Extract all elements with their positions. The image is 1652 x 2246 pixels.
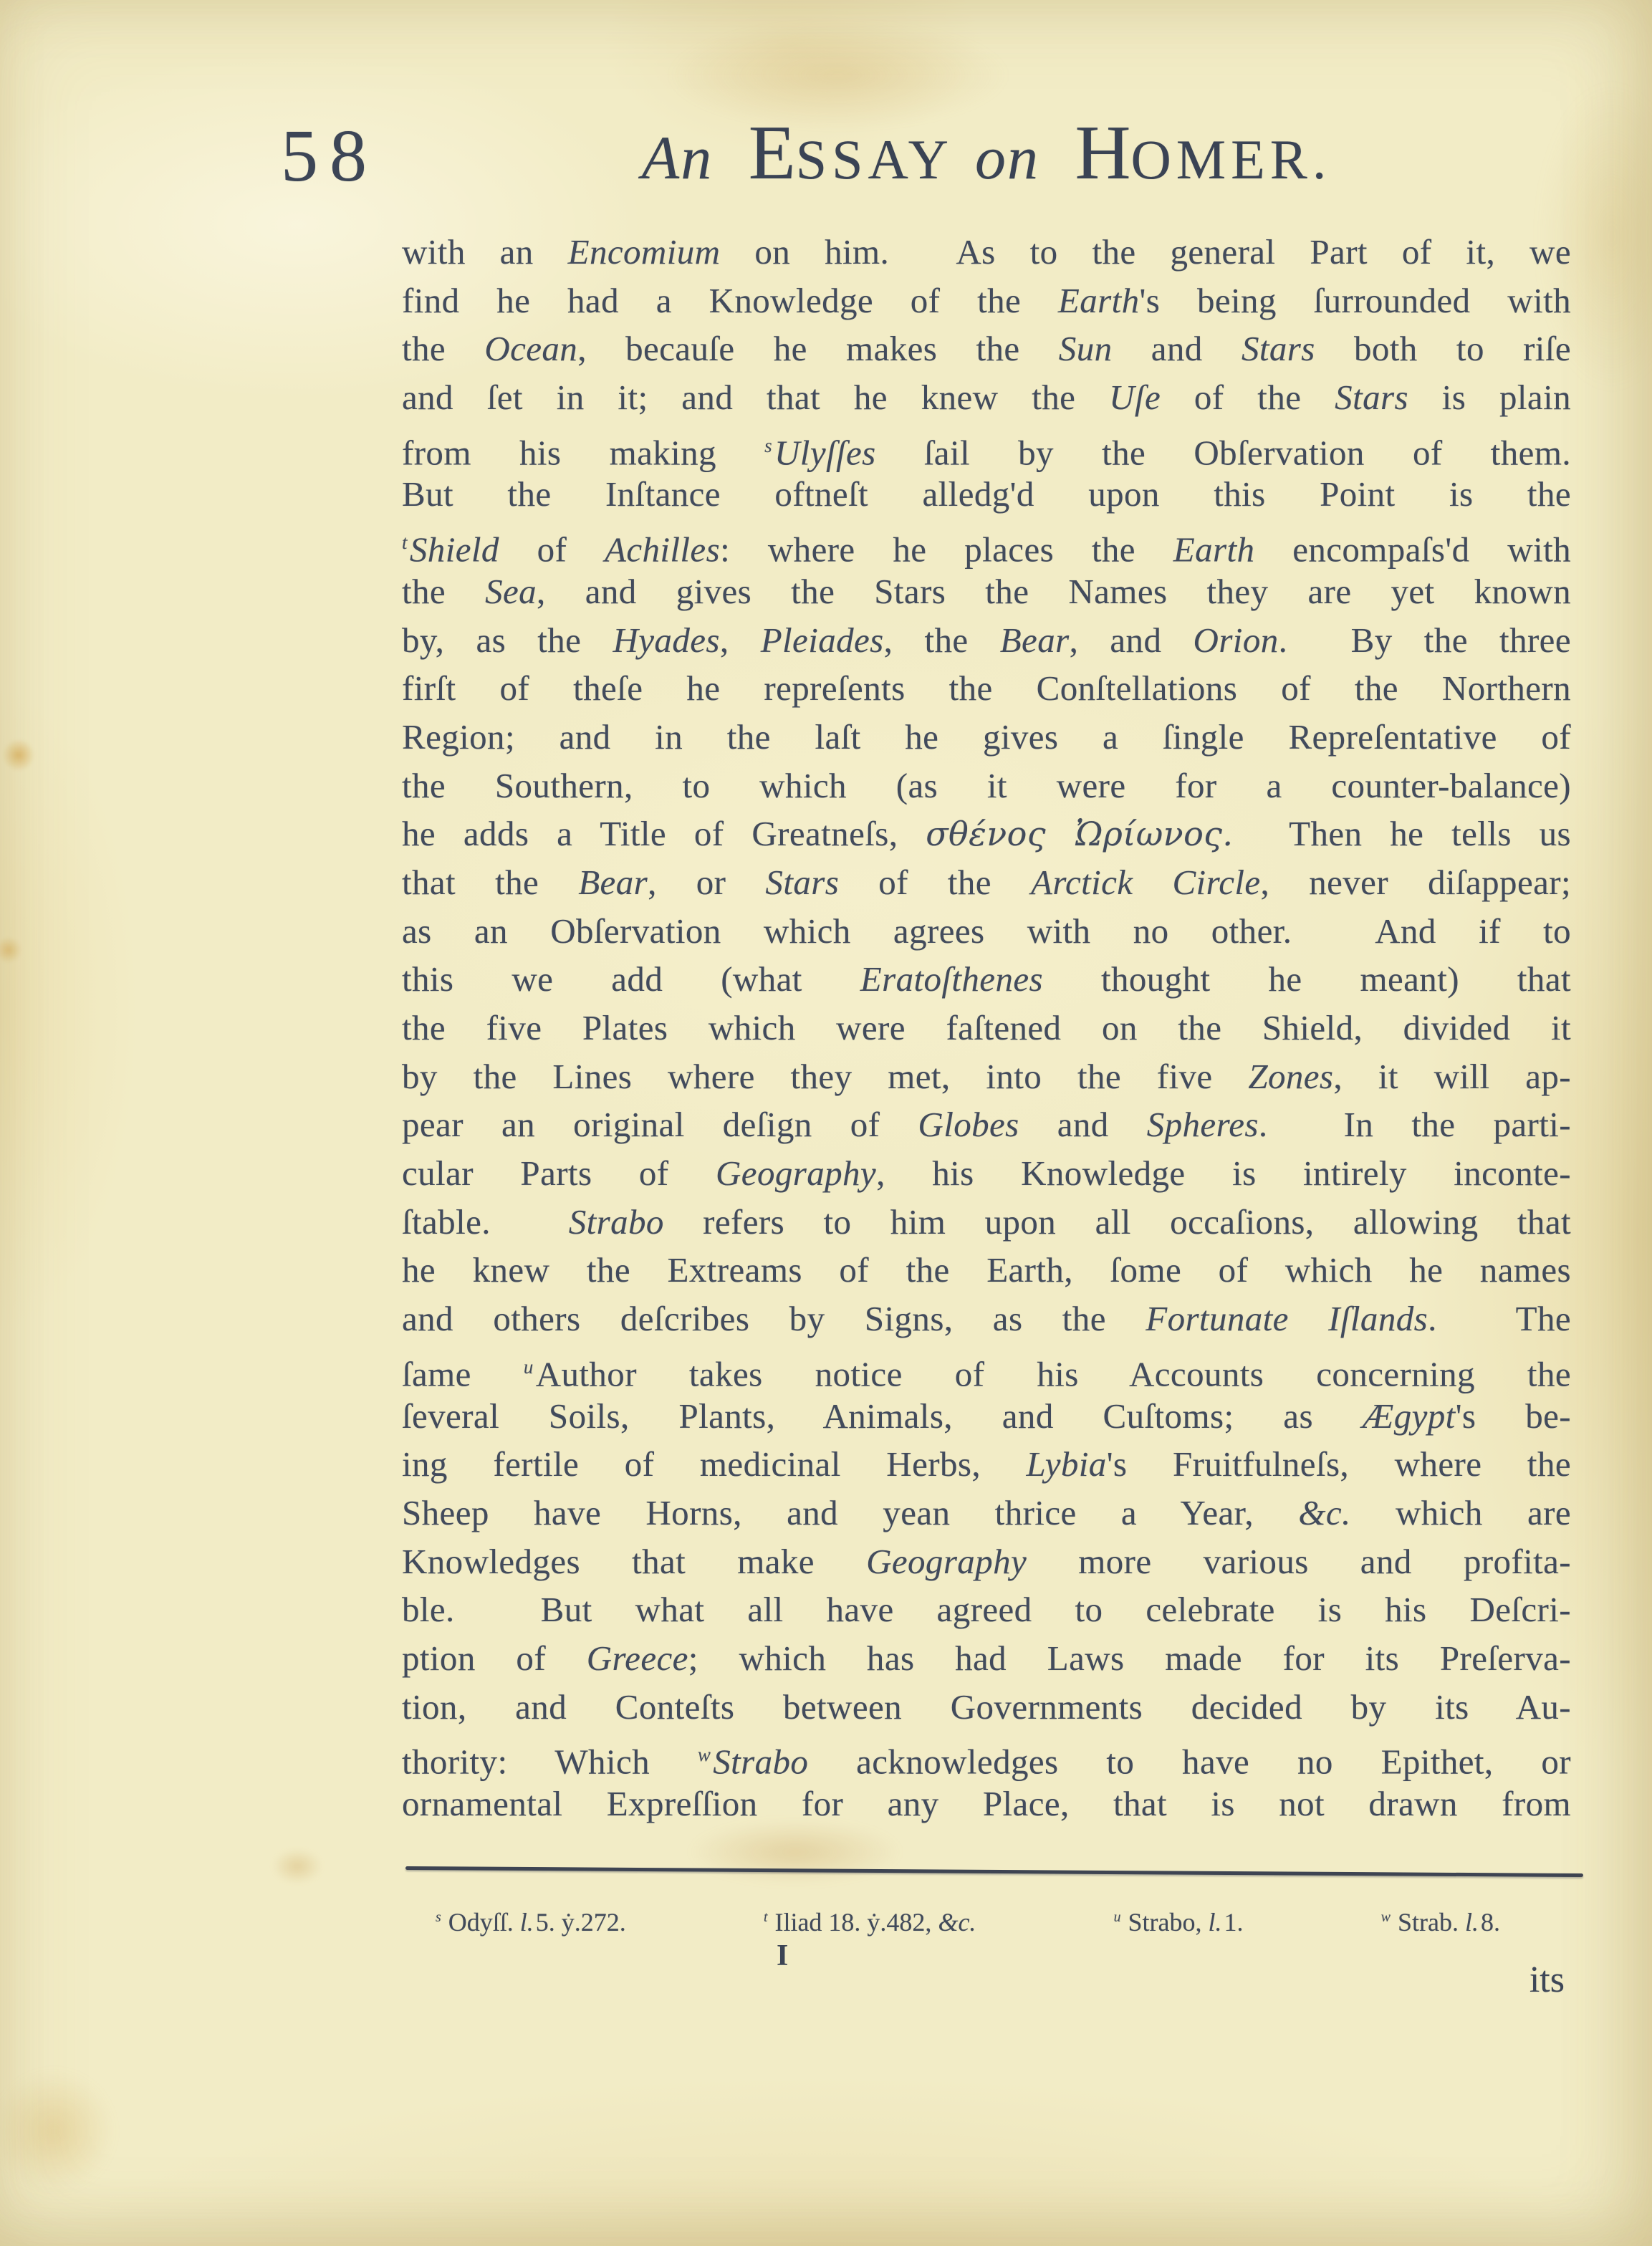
signature-mark: I: [777, 1939, 788, 1973]
text-segment: by the Lines where they met, into the fi…: [402, 1057, 1248, 1096]
text-segment: 's be-: [1456, 1396, 1571, 1436]
paper-stain: [272, 1848, 322, 1884]
body-text: with an Encomium on him. As to the gener…: [402, 228, 1571, 1828]
text-line: ſame uAuthor takes notice of his Account…: [402, 1343, 1571, 1392]
text-line: ornamental Expreſſion for any Place, tha…: [402, 1780, 1571, 1828]
text-segment: l.: [1465, 1908, 1479, 1937]
text-segment: of the: [839, 863, 1031, 902]
text-segment: , his Knowledge is intirely inconte-: [876, 1153, 1571, 1193]
footnote-item: s Odyſſ. l. 5. ẏ.272.: [436, 1907, 626, 1937]
footnote-item: u Strabo, l. 1.: [1114, 1907, 1244, 1937]
text-segment: ,: [720, 620, 761, 660]
text-segment: ption of: [402, 1638, 587, 1678]
text-segment: from his making: [402, 433, 764, 472]
text-segment: Uſe: [1109, 378, 1161, 417]
text-segment: Zones: [1248, 1057, 1333, 1096]
text-segment: Encomium: [568, 232, 721, 272]
text-line: the Southern, to which (as it were for a…: [402, 762, 1571, 810]
text-segment: . In the parti-: [1259, 1105, 1571, 1144]
text-segment: cular Parts of: [402, 1153, 716, 1193]
footnote-marker: t: [402, 532, 408, 553]
text-segment: he adds a Title of Greatneſs,: [402, 814, 926, 853]
text-segment: Hyades: [613, 620, 720, 660]
text-segment: encompaſs'd with: [1254, 529, 1571, 569]
text-line: he knew the Extreams of the Earth, ſome …: [402, 1246, 1571, 1295]
running-header-title: An ESSAY on HOMER.: [402, 109, 1571, 198]
text-line: and others deſcribes by Signs, as the Fo…: [402, 1295, 1571, 1343]
text-segment: : where he places the: [720, 529, 1173, 569]
text-segment: firſt of theſe he repreſents the Conſtel…: [402, 668, 1571, 708]
text-segment: , and: [1070, 620, 1194, 660]
text-line: cular Parts of Geography, his Knowledge …: [402, 1149, 1571, 1198]
text-line: the five Plates which were faſtened on t…: [402, 1004, 1571, 1052]
footnote-marker: s: [764, 435, 772, 456]
text-line: from his making sUlyſſes ſail by the Obſ…: [402, 422, 1571, 471]
text-segment: Globes: [918, 1105, 1019, 1144]
text-segment: of: [499, 529, 605, 569]
text-line: tShield of Achilles: where he places the…: [402, 519, 1571, 567]
text-segment: Strabo: [569, 1202, 664, 1242]
text-line: ing fertile of medicinal Herbs, Lybia's …: [402, 1440, 1571, 1489]
text-line: as an Obſervation which agrees with no o…: [402, 907, 1571, 956]
text-line: ſtable. Strabo refers to him upon all oc…: [402, 1198, 1571, 1247]
text-line: and ſet in it; and that he knew the Uſe …: [402, 373, 1571, 422]
footnote-marker: u: [1114, 1909, 1121, 1925]
text-segment: Strabo: [713, 1742, 808, 1782]
text-line: But the Inſtance oftneſt alledg'd upon t…: [402, 470, 1571, 519]
text-segment: is plain: [1408, 378, 1571, 417]
text-segment: Stars: [1242, 329, 1315, 368]
text-line: Region; and in the laſt he gives a ſingl…: [402, 713, 1571, 762]
text-segment: ; which has had Laws made for its Preſer…: [688, 1638, 1571, 1678]
text-segment: H: [1075, 110, 1130, 196]
text-segment: that the: [402, 863, 578, 902]
text-segment: An: [642, 123, 749, 192]
text-segment: Ulyſſes: [774, 433, 876, 472]
text-segment: ſame: [402, 1354, 524, 1393]
text-segment: Geography: [866, 1542, 1027, 1581]
footnote-item: w Strab. l. 8.: [1381, 1907, 1500, 1937]
text-segment: both to riſe: [1315, 329, 1571, 368]
text-segment: 1.: [1222, 1908, 1244, 1937]
text-line: Sheep have Horns, and yean thrice a Year…: [402, 1489, 1571, 1537]
text-segment: as an Obſervation which agrees with no o…: [402, 911, 1571, 951]
text-segment: Strabo,: [1122, 1908, 1209, 1937]
text-segment: . By the three: [1279, 620, 1571, 660]
text-segment: Stars: [1335, 378, 1408, 417]
paper-stain: [3, 739, 34, 771]
text-segment: , never diſappear;: [1261, 863, 1571, 902]
text-segment: E: [749, 110, 796, 196]
text-line: with an Encomium on him. As to the gener…: [402, 228, 1571, 277]
text-segment: the: [402, 329, 484, 368]
footnote-marker: w: [698, 1744, 711, 1765]
text-segment: . The: [1428, 1299, 1571, 1338]
text-segment: the Southern, to which (as it were for a…: [402, 766, 1571, 805]
text-segment: But the Inſtance oftneſt alledg'd upon t…: [402, 474, 1571, 514]
text-segment: Arctick Circle: [1031, 863, 1261, 902]
text-segment: Earth: [1058, 281, 1140, 320]
text-segment: Bear: [578, 863, 648, 902]
text-segment: Then he tells us: [1233, 814, 1571, 853]
text-segment: Ægypt: [1363, 1396, 1456, 1436]
text-segment: Lybia: [1027, 1444, 1107, 1484]
text-segment: the five Plates which were faſtened on t…: [402, 1008, 1571, 1047]
text-segment: the: [402, 572, 485, 611]
text-segment: this we add (what: [402, 959, 860, 999]
page-number: 58: [281, 113, 378, 198]
text-line: Knowledges that make Geography more vari…: [402, 1537, 1571, 1586]
text-segment: and others deſcribes by Signs, as the: [402, 1299, 1146, 1338]
text-segment: Ocean: [484, 329, 577, 368]
text-line: ption of Greece; which has had Laws made…: [402, 1634, 1571, 1683]
text-segment: and ſet in it; and that he knew the: [402, 378, 1109, 417]
footnote-marker: t: [764, 1909, 768, 1925]
text-segment: l.: [1209, 1908, 1222, 1937]
text-segment: and: [1019, 1105, 1147, 1144]
text-segment: more various and profita-: [1027, 1542, 1571, 1581]
text-segment: with an: [402, 232, 568, 272]
text-segment: 's being ſurrounded with: [1140, 281, 1571, 320]
text-segment: Geography: [716, 1153, 876, 1193]
text-segment: thought he meant) that: [1043, 959, 1571, 999]
text-line: firſt of theſe he repreſents the Conſtel…: [402, 664, 1571, 713]
paper-stain: [0, 937, 21, 963]
text-segment: pear an original deſign of: [402, 1105, 918, 1144]
text-segment: &c.: [1298, 1493, 1350, 1532]
catchword: its: [1529, 1959, 1565, 2001]
text-line: that the Bear, or Stars of the Arctick C…: [402, 858, 1571, 907]
paper-stain: [0, 2070, 115, 2192]
text-line: pear an original deſign of Globes and Sp…: [402, 1100, 1571, 1149]
text-segment: by, as the: [402, 620, 613, 660]
text-segment: 8.: [1479, 1908, 1500, 1937]
text-line: this we add (what Eratoſthenes thought h…: [402, 955, 1571, 1004]
text-segment: of the: [1161, 378, 1335, 417]
text-segment: [954, 169, 975, 181]
text-segment: Strab.: [1391, 1908, 1465, 1937]
text-segment: OMER.: [1130, 128, 1331, 191]
paper-stain: [688, 1820, 903, 1884]
text-segment: Orion: [1194, 620, 1279, 660]
text-segment: Greece: [587, 1638, 688, 1678]
text-line: he adds a Title of Greatneſs, σθένος Ὠρί…: [402, 810, 1571, 858]
text-segment: Shield: [410, 529, 499, 569]
text-line: thority: Which wStrabo acknowledges to h…: [402, 1731, 1571, 1780]
footnote-marker: s: [436, 1909, 441, 1925]
text-line: by, as the Hyades, Pleiades, the Bear, a…: [402, 616, 1571, 665]
footnote-marker: u: [524, 1356, 534, 1378]
footnote-marker: w: [1381, 1909, 1391, 1925]
text-segment: , or: [648, 863, 765, 902]
footnotes: s Odyſſ. l. 5. ẏ.272.t Iliad 18. ẏ.482, …: [401, 1907, 1579, 1937]
text-segment: find he had a Knowledge of the: [402, 281, 1058, 320]
text-segment: Author takes notice of his Accounts conc…: [536, 1354, 1571, 1393]
text-line: find he had a Knowledge of the Earth's b…: [402, 277, 1571, 325]
text-segment: 's Fruitfulneſs, where the: [1107, 1444, 1571, 1484]
text-segment: on him. As to the general Part of it, we: [720, 232, 1571, 272]
footnote-divider-rule: [405, 1866, 1583, 1877]
text-line: by the Lines where they met, into the fi…: [402, 1052, 1571, 1101]
text-segment: Sheep have Horns, and yean thrice a Year…: [402, 1493, 1298, 1532]
text-line: ble. But what all have agreed to celebra…: [402, 1585, 1571, 1634]
text-line: tion, and Conteſts between Governments d…: [402, 1683, 1571, 1732]
text-segment: , the: [884, 620, 1000, 660]
text-segment: 5. ẏ.272.: [534, 1908, 626, 1937]
text-segment: Spheres: [1147, 1105, 1259, 1144]
text-segment: Iliad 18. ẏ.482,: [768, 1908, 938, 1937]
text-segment: on: [975, 123, 1075, 192]
text-segment: SSAY: [796, 128, 954, 191]
text-segment: Sun: [1059, 329, 1113, 368]
text-segment: ornamental Expreſſion for any Place, tha…: [402, 1784, 1571, 1823]
text-segment: Achilles: [605, 529, 720, 569]
text-segment: Knowledges that make: [402, 1542, 866, 1581]
text-segment: Earth: [1173, 529, 1255, 569]
text-line: the Ocean, becauſe he makes the Sun and …: [402, 325, 1571, 373]
text-segment: ing fertile of medicinal Herbs,: [402, 1444, 1027, 1484]
text-segment: which are: [1351, 1493, 1571, 1532]
footnote-item: t Iliad 18. ẏ.482, &c.: [764, 1907, 976, 1937]
text-segment: he knew the Extreams of the Earth, ſome …: [402, 1250, 1571, 1290]
text-segment: and: [1113, 329, 1242, 368]
text-segment: Region; and in the laſt he gives a ſingl…: [402, 717, 1571, 757]
text-segment: σθένος Ὠρίωνος.: [926, 815, 1233, 853]
text-segment: refers to him upon all occaſions, allowi…: [664, 1202, 1571, 1242]
text-segment: , it will ap-: [1333, 1057, 1571, 1096]
text-line: the Sea, and gives the Stars the Names t…: [402, 567, 1571, 616]
text-segment: Fortunate Iſlands: [1146, 1299, 1428, 1338]
text-segment: &c.: [938, 1908, 976, 1937]
text-segment: , becauſe he makes the: [577, 329, 1059, 368]
text-segment: acknowledges to have no Epithet, or: [808, 1742, 1571, 1782]
text-segment: Stars: [765, 863, 839, 902]
text-segment: l.: [520, 1908, 534, 1937]
text-segment: ſtable.: [402, 1202, 569, 1242]
text-segment: Pleiades: [761, 620, 884, 660]
text-segment: tion, and Conteſts between Governments d…: [402, 1687, 1571, 1727]
book-page: 58 An ESSAY on HOMER. with an Encomium o…: [0, 0, 1652, 2246]
text-line: ſeveral Soils, Plants, Animals, and Cuſt…: [402, 1392, 1571, 1441]
text-segment: Bear: [1000, 620, 1070, 660]
text-segment: thority: Which: [402, 1742, 698, 1782]
text-segment: ſail by the Obſervation of them.: [876, 433, 1571, 472]
text-segment: Odyſſ.: [442, 1908, 520, 1937]
text-segment: Eratoſthenes: [860, 959, 1043, 999]
text-segment: ble. But what all have agreed to celebra…: [402, 1590, 1571, 1629]
text-segment: , and gives the Stars the Names they are…: [537, 572, 1571, 611]
text-segment: ſeveral Soils, Plants, Animals, and Cuſt…: [402, 1396, 1363, 1436]
text-segment: Sea: [485, 572, 537, 611]
